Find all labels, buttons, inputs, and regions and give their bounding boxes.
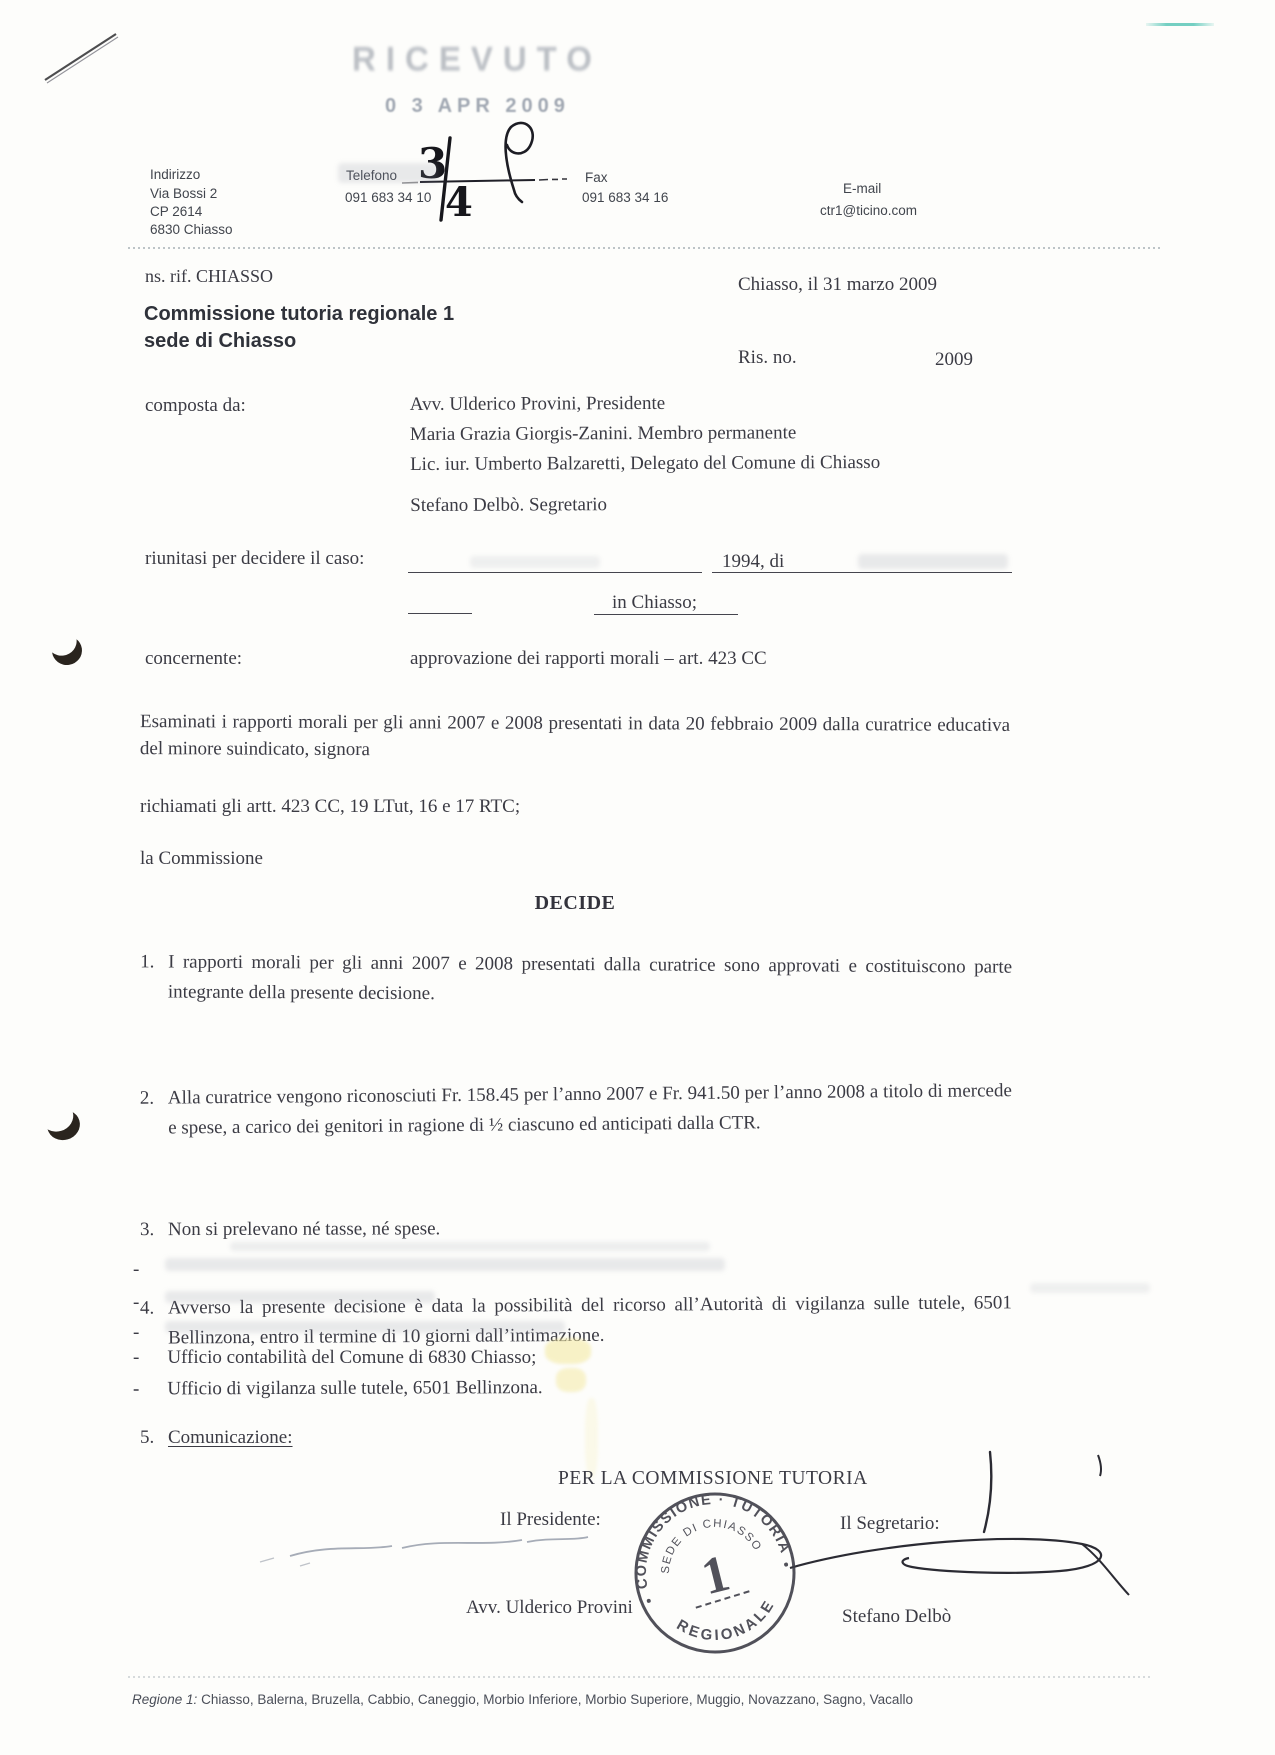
scanner-artifact-line [1146,23,1214,26]
redacted-recipient-dash-2: - [133,1289,139,1316]
erased-text-smudge-5 [165,1321,565,1333]
scanned-letter: RICEVUTO 0 3 APR 2009 3 4 Indirizzo Via … [0,0,1275,1755]
organization-name: Commissione tutoria regionale 1 [144,303,454,326]
resolution-number-label: Ris. no. [738,344,797,371]
redacted-recipient-dash-3: - [133,1319,139,1346]
item-number: 3. [140,1215,154,1245]
member-permanent: Maria Grazia Giorgis-Zanini. Membro perm… [410,419,880,448]
address-line-2: CP 2614 [150,203,202,221]
commission-line: la Commissione [140,845,263,872]
address-line-3: 6830 Chiasso [150,221,233,239]
cited-articles: richiamati gli artt. 423 CC, 19 LTut, 16… [140,793,520,820]
handwritten-denominator: 4 [445,179,473,226]
ink-smudge-over-phone [338,163,438,183]
document-page: RICEVUTO 0 3 APR 2009 3 4 Indirizzo Via … [0,0,1275,1755]
subject-label: concernente: [145,645,242,672]
erased-text-smudge-4 [1030,1283,1150,1293]
case-label: riunitasi per decidere il caso: [145,545,364,572]
item-text: I rapporti morali per gli anni 2007 e 20… [168,948,1012,1013]
handwritten-flourish [506,123,533,202]
fax-label: Fax [585,169,608,187]
email-label: E-mail [843,180,881,198]
secretary-signature [790,1452,1129,1595]
decision-item-3: 3. Non si prelevano né tasse, né spese. [140,1213,1012,1245]
place-and-date: Chiasso, il 31 marzo 2009 [738,271,937,298]
recipient-text: Ufficio contabilità del Comune di 6830 C… [167,1347,536,1368]
member-president: Avv. Ulderico Provini, Presidente [410,389,880,418]
recipient-dash: - [133,1379,139,1400]
erased-text-smudge-2 [165,1258,725,1271]
our-reference: ns. rif. CHIASSO [145,263,273,290]
case-year-fragment: 1994, di [722,548,784,575]
recipient-dash: - [133,1347,139,1368]
decision-heading: DECIDE [140,892,1010,915]
pen-stroke-mark [30,20,140,90]
handwritten-annotation: 3 4 [400,90,610,230]
case-residence-fragment: in Chiasso; [612,589,697,616]
footer-region-line: Regione 1: Chiasso, Balerna, Bruzella, C… [132,1692,913,1707]
president-signature [260,1537,588,1566]
letterhead-separator [128,247,1160,249]
item-number: 4. [140,1294,154,1324]
recipient-text: Ufficio di vigilanza sulle tutele, 6501 … [167,1377,542,1399]
member-secretary: Stefano Delbò. Segretario [410,490,880,519]
member-delegate: Lic. iur. Umberto Balzaretti, Delegato d… [410,449,880,478]
item-number: 1. [140,947,154,977]
item-text: Alla curatrice vengono riconosciuti Fr. … [168,1076,1012,1143]
fax-number: 091 683 34 16 [582,189,668,207]
organization-seat: sede di Chiasso [144,330,296,353]
recipient-row-2: - Ufficio di vigilanza sulle tutele, 650… [133,1372,1013,1402]
received-stamp-text: RICEVUTO [352,39,602,79]
redacted-name-underline [408,572,702,573]
footer-separator [128,1676,1150,1678]
punch-hole-shadow-2 [44,1106,84,1144]
decision-item-2: 2. Alla curatrice vengono riconosciuti F… [140,1076,1012,1144]
punch-hole-shadow-1 [50,634,84,667]
item-number: 2. [140,1084,155,1114]
resolution-year: 2009 [935,346,973,373]
member-list: Avv. Ulderico Provini, Presidente Maria … [410,389,881,519]
footer-region-list: Chiasso, Balerna, Bruzella, Cabbio, Cane… [197,1692,913,1707]
email-address: ctr1@ticino.com [820,202,917,220]
decision-item-1: 1. I rapporti morali per gli anni 2007 e… [140,947,1012,1012]
recipient-row-1: - Ufficio contabilità del Comune di 6830… [133,1344,1013,1371]
composition-label: composta da: [145,392,246,419]
erased-text-smudge-1 [230,1242,710,1251]
address-line-1: Via Bossi 2 [150,185,217,203]
item-text: Non si prelevano né tasse, né spese. [168,1213,1012,1245]
pen-underline-dashes [539,179,567,180]
phone-number: 091 683 34 10 [345,189,431,207]
erased-text-smudge-case [858,554,1008,569]
item-number: 5. [140,1423,154,1453]
address-label: Indirizzo [150,166,200,184]
erased-text-smudge-3 [165,1291,435,1303]
footer-region-label: Regione 1: [132,1692,197,1707]
erased-text-smudge-case-2 [470,556,600,568]
subject-text: approvazione dei rapporti morali – art. … [410,645,767,672]
redacted-recipient-dash-1: - [133,1256,139,1283]
preamble-paragraph: Esaminati i rapporti morali per gli anni… [140,708,1010,766]
redacted-short-underline [408,613,472,614]
